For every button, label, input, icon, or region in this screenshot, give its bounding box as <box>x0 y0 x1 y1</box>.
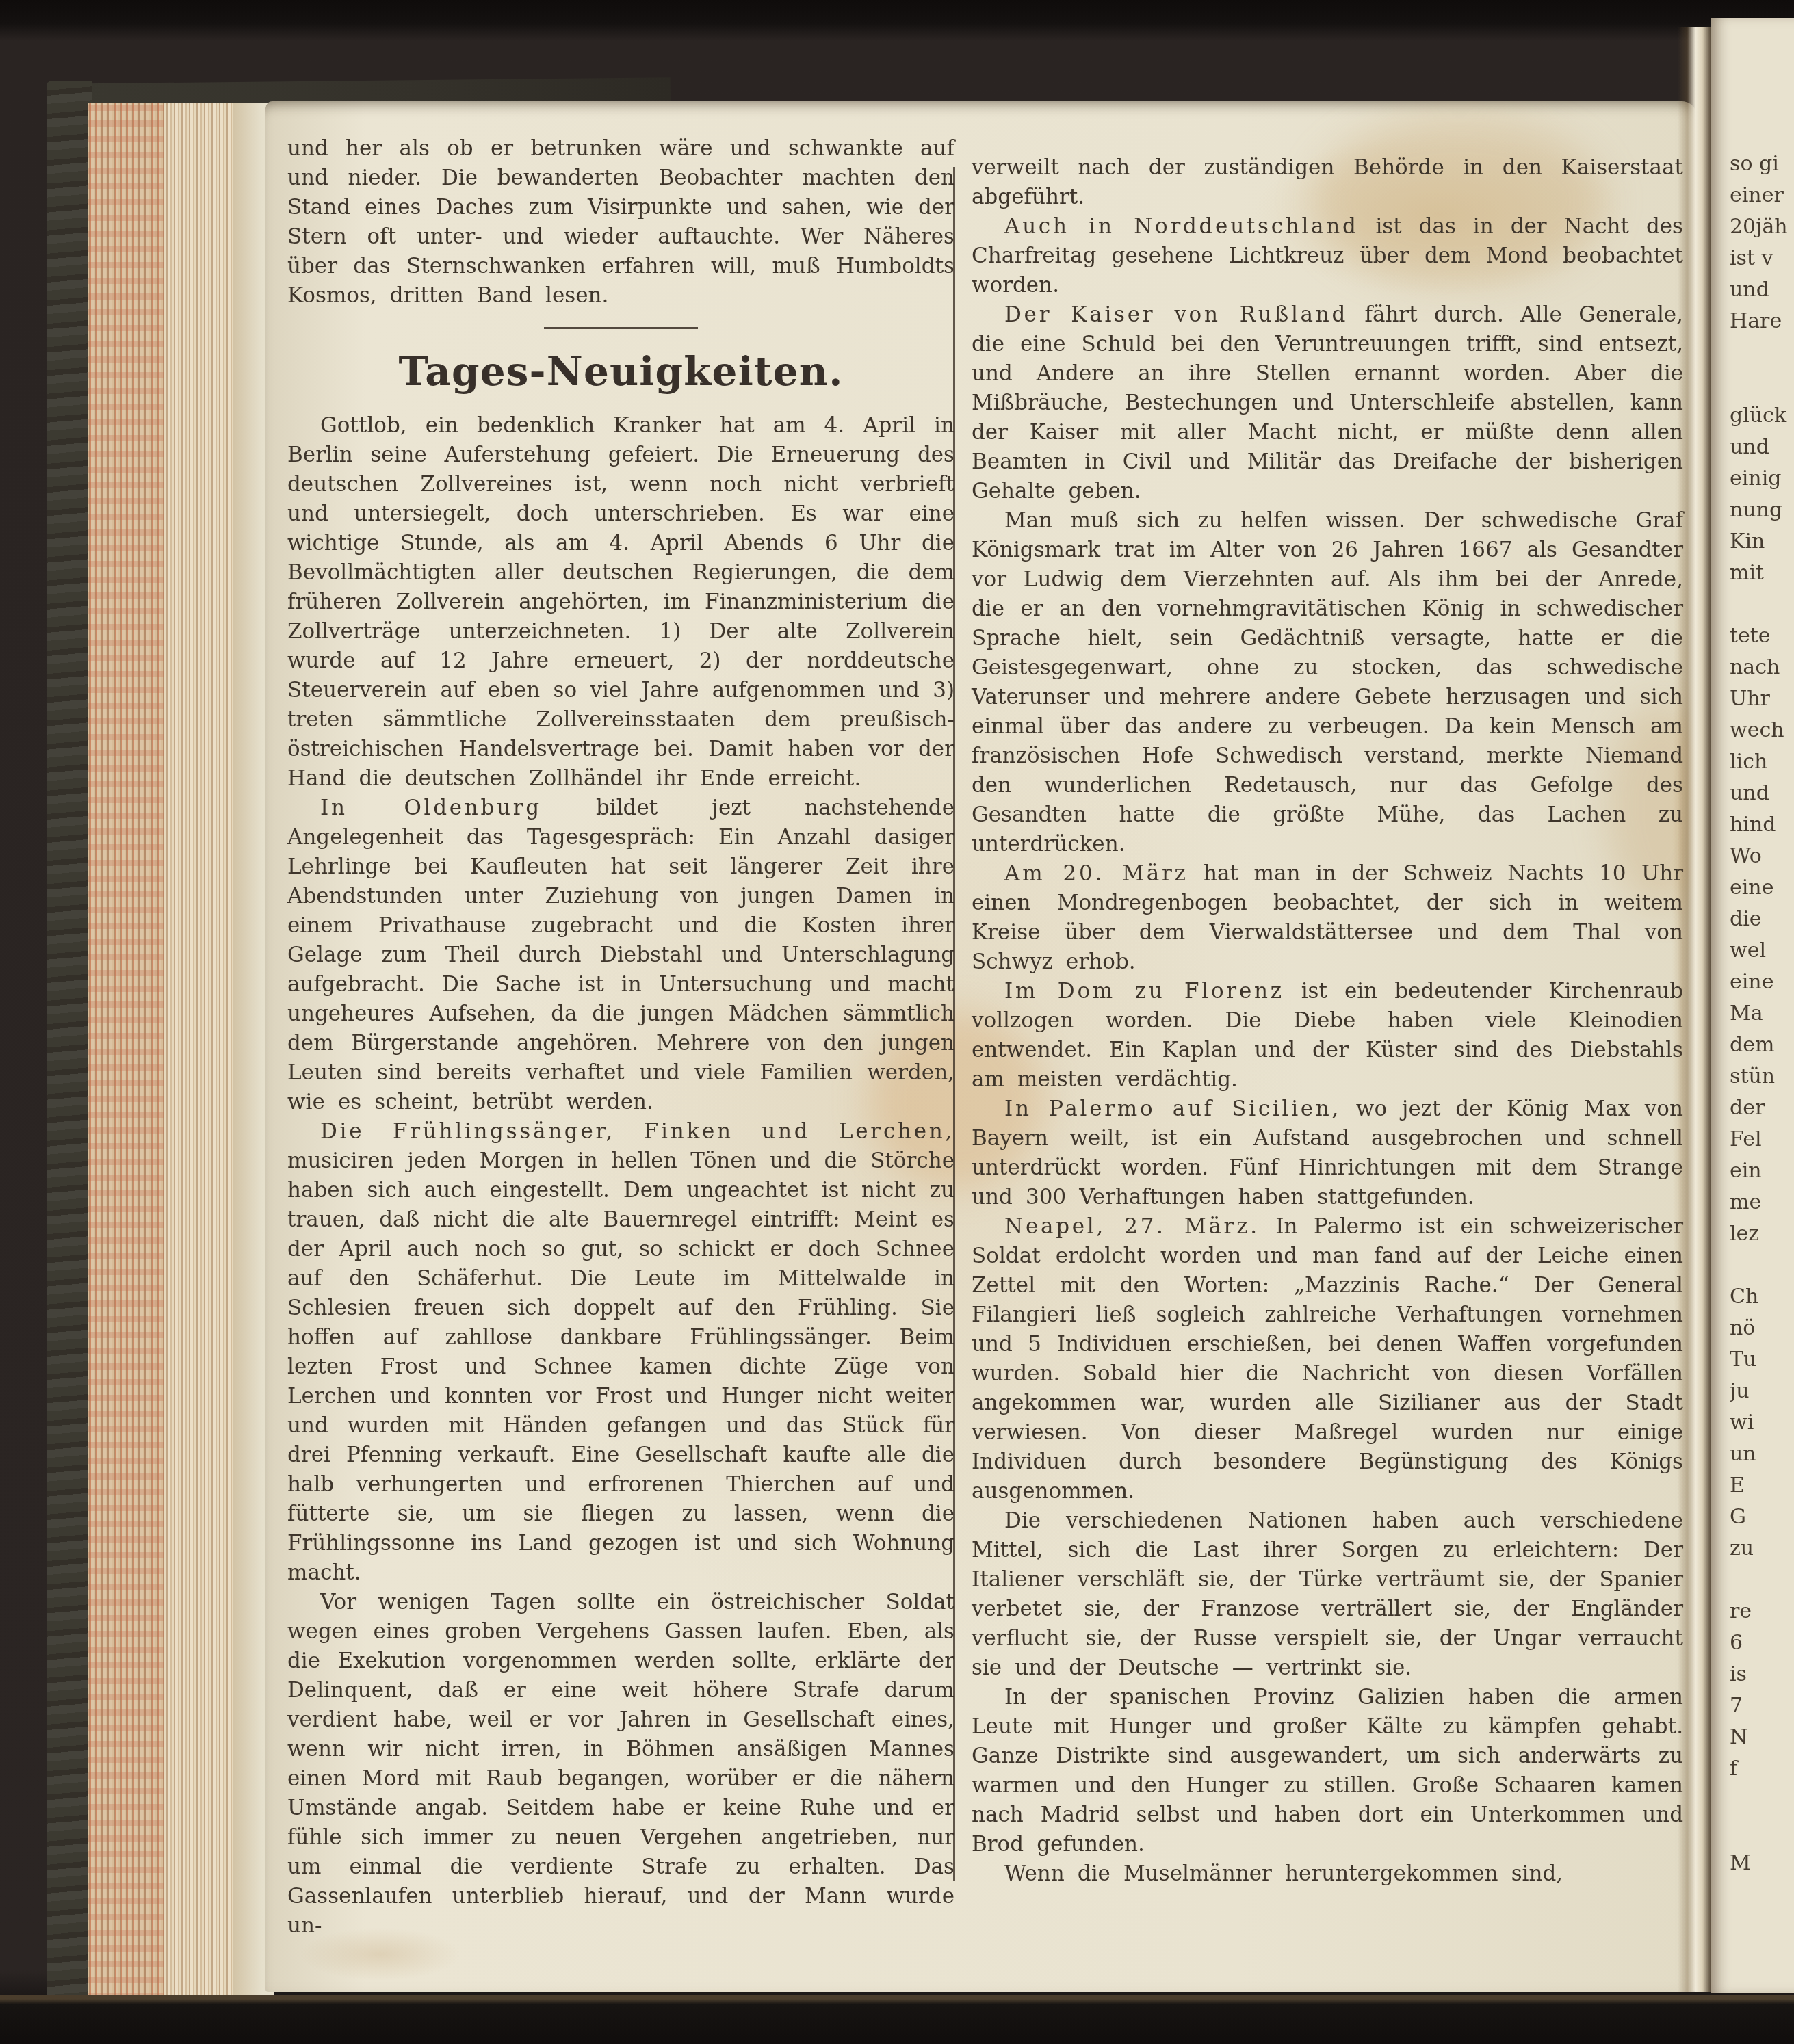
paragraph-text: Man muß sich zu helfen wissen. Der schwe… <box>972 508 1683 856</box>
text-fragment: Uhr <box>1730 687 1794 718</box>
text-fragment: dem <box>1730 1033 1794 1064</box>
text-fragment: und <box>1730 435 1794 467</box>
text-fragment: der <box>1730 1096 1794 1127</box>
page-fore-edge-stack-red <box>88 103 164 1999</box>
text-fragment <box>1730 372 1794 404</box>
text-fragment: zu <box>1730 1536 1794 1568</box>
table-edge-shadow <box>0 1995 1794 2044</box>
paragraph: Die Frühlingssänger, Finken und Lerchen,… <box>287 1117 954 1588</box>
next-page-edge: so gi einer 20jäh ist v und Hare glück u… <box>1711 18 1794 1993</box>
text-fragment: Kin <box>1730 529 1794 561</box>
paragraph: Neapel, 27. März. In Palermo ist ein sch… <box>972 1212 1683 1506</box>
text-fragment: is <box>1730 1662 1794 1694</box>
continuation-paragraph: und her als ob er betrunken wäre und sch… <box>287 134 954 311</box>
paragraph: Man muß sich zu helfen wissen. Der schwe… <box>972 506 1683 859</box>
newspaper-page: und her als ob er betrunken wäre und sch… <box>265 101 1697 1992</box>
paragraph-text: Vor wenigen Tagen sollte ein östreichisc… <box>287 1590 954 1938</box>
text-fragment: un <box>1730 1442 1794 1473</box>
paragraph-text: fährt durch. Alle Generale, die eine Sch… <box>972 302 1683 503</box>
paragraph: Am 20. März hat man in der Schweiz Nacht… <box>972 859 1683 977</box>
text-fragment: und <box>1730 781 1794 813</box>
paragraph: In der spanischen Provinz Galizien haben… <box>972 1683 1683 1859</box>
text-fragment <box>1730 341 1794 372</box>
text-fragment: ist v <box>1730 246 1794 278</box>
emphasized-lead: Die Frühlingssänger, Finken und Lerchen, <box>320 1119 954 1144</box>
emphasized-lead: Neapel, 27. März. <box>1004 1214 1260 1239</box>
text-fragment: lich <box>1730 750 1794 781</box>
emphasized-lead: In Palermo auf Sicilien, <box>1004 1097 1341 1121</box>
text-fragment: stün <box>1730 1064 1794 1096</box>
paragraph-text: Die verschiedenen Nationen haben auch ve… <box>972 1508 1683 1680</box>
emphasized-lead: Im Dom zu Florenz <box>1004 979 1284 1004</box>
page-gutter-fold <box>1678 27 1712 1992</box>
left-column: und her als ob er betrunken wäre und sch… <box>287 134 954 1941</box>
text-fragment: eine <box>1730 876 1794 907</box>
paragraph: Im Dom zu Florenz ist ein bedeutender Ki… <box>972 977 1683 1095</box>
paragraph: In Oldenburg bildet jezt nachstehende An… <box>287 794 954 1117</box>
text-fragment: nung <box>1730 498 1794 529</box>
text-fragment: glück <box>1730 404 1794 435</box>
text-fragment: Fel <box>1730 1127 1794 1159</box>
text-fragment <box>1730 1568 1794 1599</box>
text-fragment: re <box>1730 1599 1794 1631</box>
text-fragment <box>1730 592 1794 624</box>
text-fragment: wel <box>1730 939 1794 970</box>
text-fragment: eine <box>1730 970 1794 1001</box>
text-fragment <box>1730 1883 1794 1914</box>
text-fragment: Ch <box>1730 1285 1794 1316</box>
text-fragment <box>1730 1788 1794 1820</box>
text-fragment: me <box>1730 1190 1794 1222</box>
text-fragment: ju <box>1730 1379 1794 1411</box>
text-fragment: 7 <box>1730 1694 1794 1725</box>
text-fragment: 20jäh <box>1730 215 1794 246</box>
text-fragment: wi <box>1730 1411 1794 1442</box>
next-page-text-fragments: so gi einer 20jäh ist v und Hare glück u… <box>1711 152 1794 1914</box>
book-cover-edge <box>47 81 92 2044</box>
section-heading: Tages-Neuigkeiten. <box>287 350 954 393</box>
text-fragment: Tu <box>1730 1348 1794 1379</box>
emphasized-lead: In Oldenburg <box>320 796 542 820</box>
column-divider-rule <box>953 167 955 1881</box>
text-fragment: und <box>1730 278 1794 309</box>
paragraph: In Palermo auf Sicilien, wo jezt der Kön… <box>972 1095 1683 1212</box>
text-fragment: wech <box>1730 718 1794 750</box>
paragraph-text: bildet jezt nachstehende Angelegenheit d… <box>287 796 954 1114</box>
paragraph: Gottlob, ein bedenklich Kranker hat am 4… <box>287 411 954 794</box>
text-fragment: so gi <box>1730 152 1794 183</box>
text-fragment: f <box>1730 1757 1794 1788</box>
scanned-book-photo: und her als ob er betrunken wäre und sch… <box>0 0 1794 2044</box>
right-column: verweilt nach der zuständigen Behörde in… <box>972 153 1683 1889</box>
text-fragment: nach <box>1730 655 1794 687</box>
text-fragment: lez <box>1730 1222 1794 1253</box>
emphasized-lead: Auch in Norddeutschland <box>1004 214 1358 239</box>
text-fragment: Wo <box>1730 844 1794 876</box>
text-fragment: tete <box>1730 624 1794 655</box>
paragraph: Vor wenigen Tagen sollte ein östreichisc… <box>287 1588 954 1941</box>
text-fragment: E <box>1730 1473 1794 1505</box>
text-fragment: N <box>1730 1725 1794 1757</box>
column1-paragraphs: Gottlob, ein bedenklich Kranker hat am 4… <box>287 411 954 1941</box>
text-fragment: nö <box>1730 1316 1794 1348</box>
paragraph: Die verschiedenen Nationen haben auch ve… <box>972 1506 1683 1683</box>
paragraph-text: Gottlob, ein bedenklich Kranker hat am 4… <box>287 413 954 791</box>
emphasized-lead: Am 20. März <box>1004 861 1188 886</box>
paragraph-text: In der spanischen Provinz Galizien haben… <box>972 1685 1683 1857</box>
text-fragment: die <box>1730 907 1794 939</box>
paragraph-text: Wenn die Muselmänner heruntergekommen si… <box>1004 1861 1563 1886</box>
text-fragment: G <box>1730 1505 1794 1536</box>
page-fore-edge-stack <box>164 103 233 1999</box>
text-fragment: Hare <box>1730 309 1794 341</box>
paragraph: Wenn die Muselmänner heruntergekommen si… <box>972 1859 1683 1889</box>
text-fragment: M <box>1730 1851 1794 1883</box>
paragraph-text: In Palermo ist ein schweizerischer Solda… <box>972 1214 1683 1504</box>
text-fragment: Ma <box>1730 1001 1794 1033</box>
text-fragment: hind <box>1730 813 1794 844</box>
paragraph: Der Kaiser von Rußland fährt durch. Alle… <box>972 300 1683 506</box>
paragraph-text: musiciren jeden Morgen in hellen Tönen u… <box>287 1149 954 1585</box>
text-fragment: einig <box>1730 467 1794 498</box>
text-fragment <box>1730 1820 1794 1851</box>
text-fragment: einer <box>1730 183 1794 215</box>
text-fragment <box>1730 1253 1794 1285</box>
section-rule <box>544 327 698 329</box>
continuation-paragraph: verweilt nach der zuständigen Behörde in… <box>972 153 1683 212</box>
paragraph: Auch in Norddeutschland ist das in der N… <box>972 212 1683 300</box>
emphasized-lead: Der Kaiser von Rußland <box>1004 302 1348 327</box>
column2-paragraphs: Auch in Norddeutschland ist das in der N… <box>972 212 1683 1889</box>
text-fragment: mit <box>1730 561 1794 592</box>
text-fragment: 6 <box>1730 1631 1794 1662</box>
text-fragment: ein <box>1730 1159 1794 1190</box>
